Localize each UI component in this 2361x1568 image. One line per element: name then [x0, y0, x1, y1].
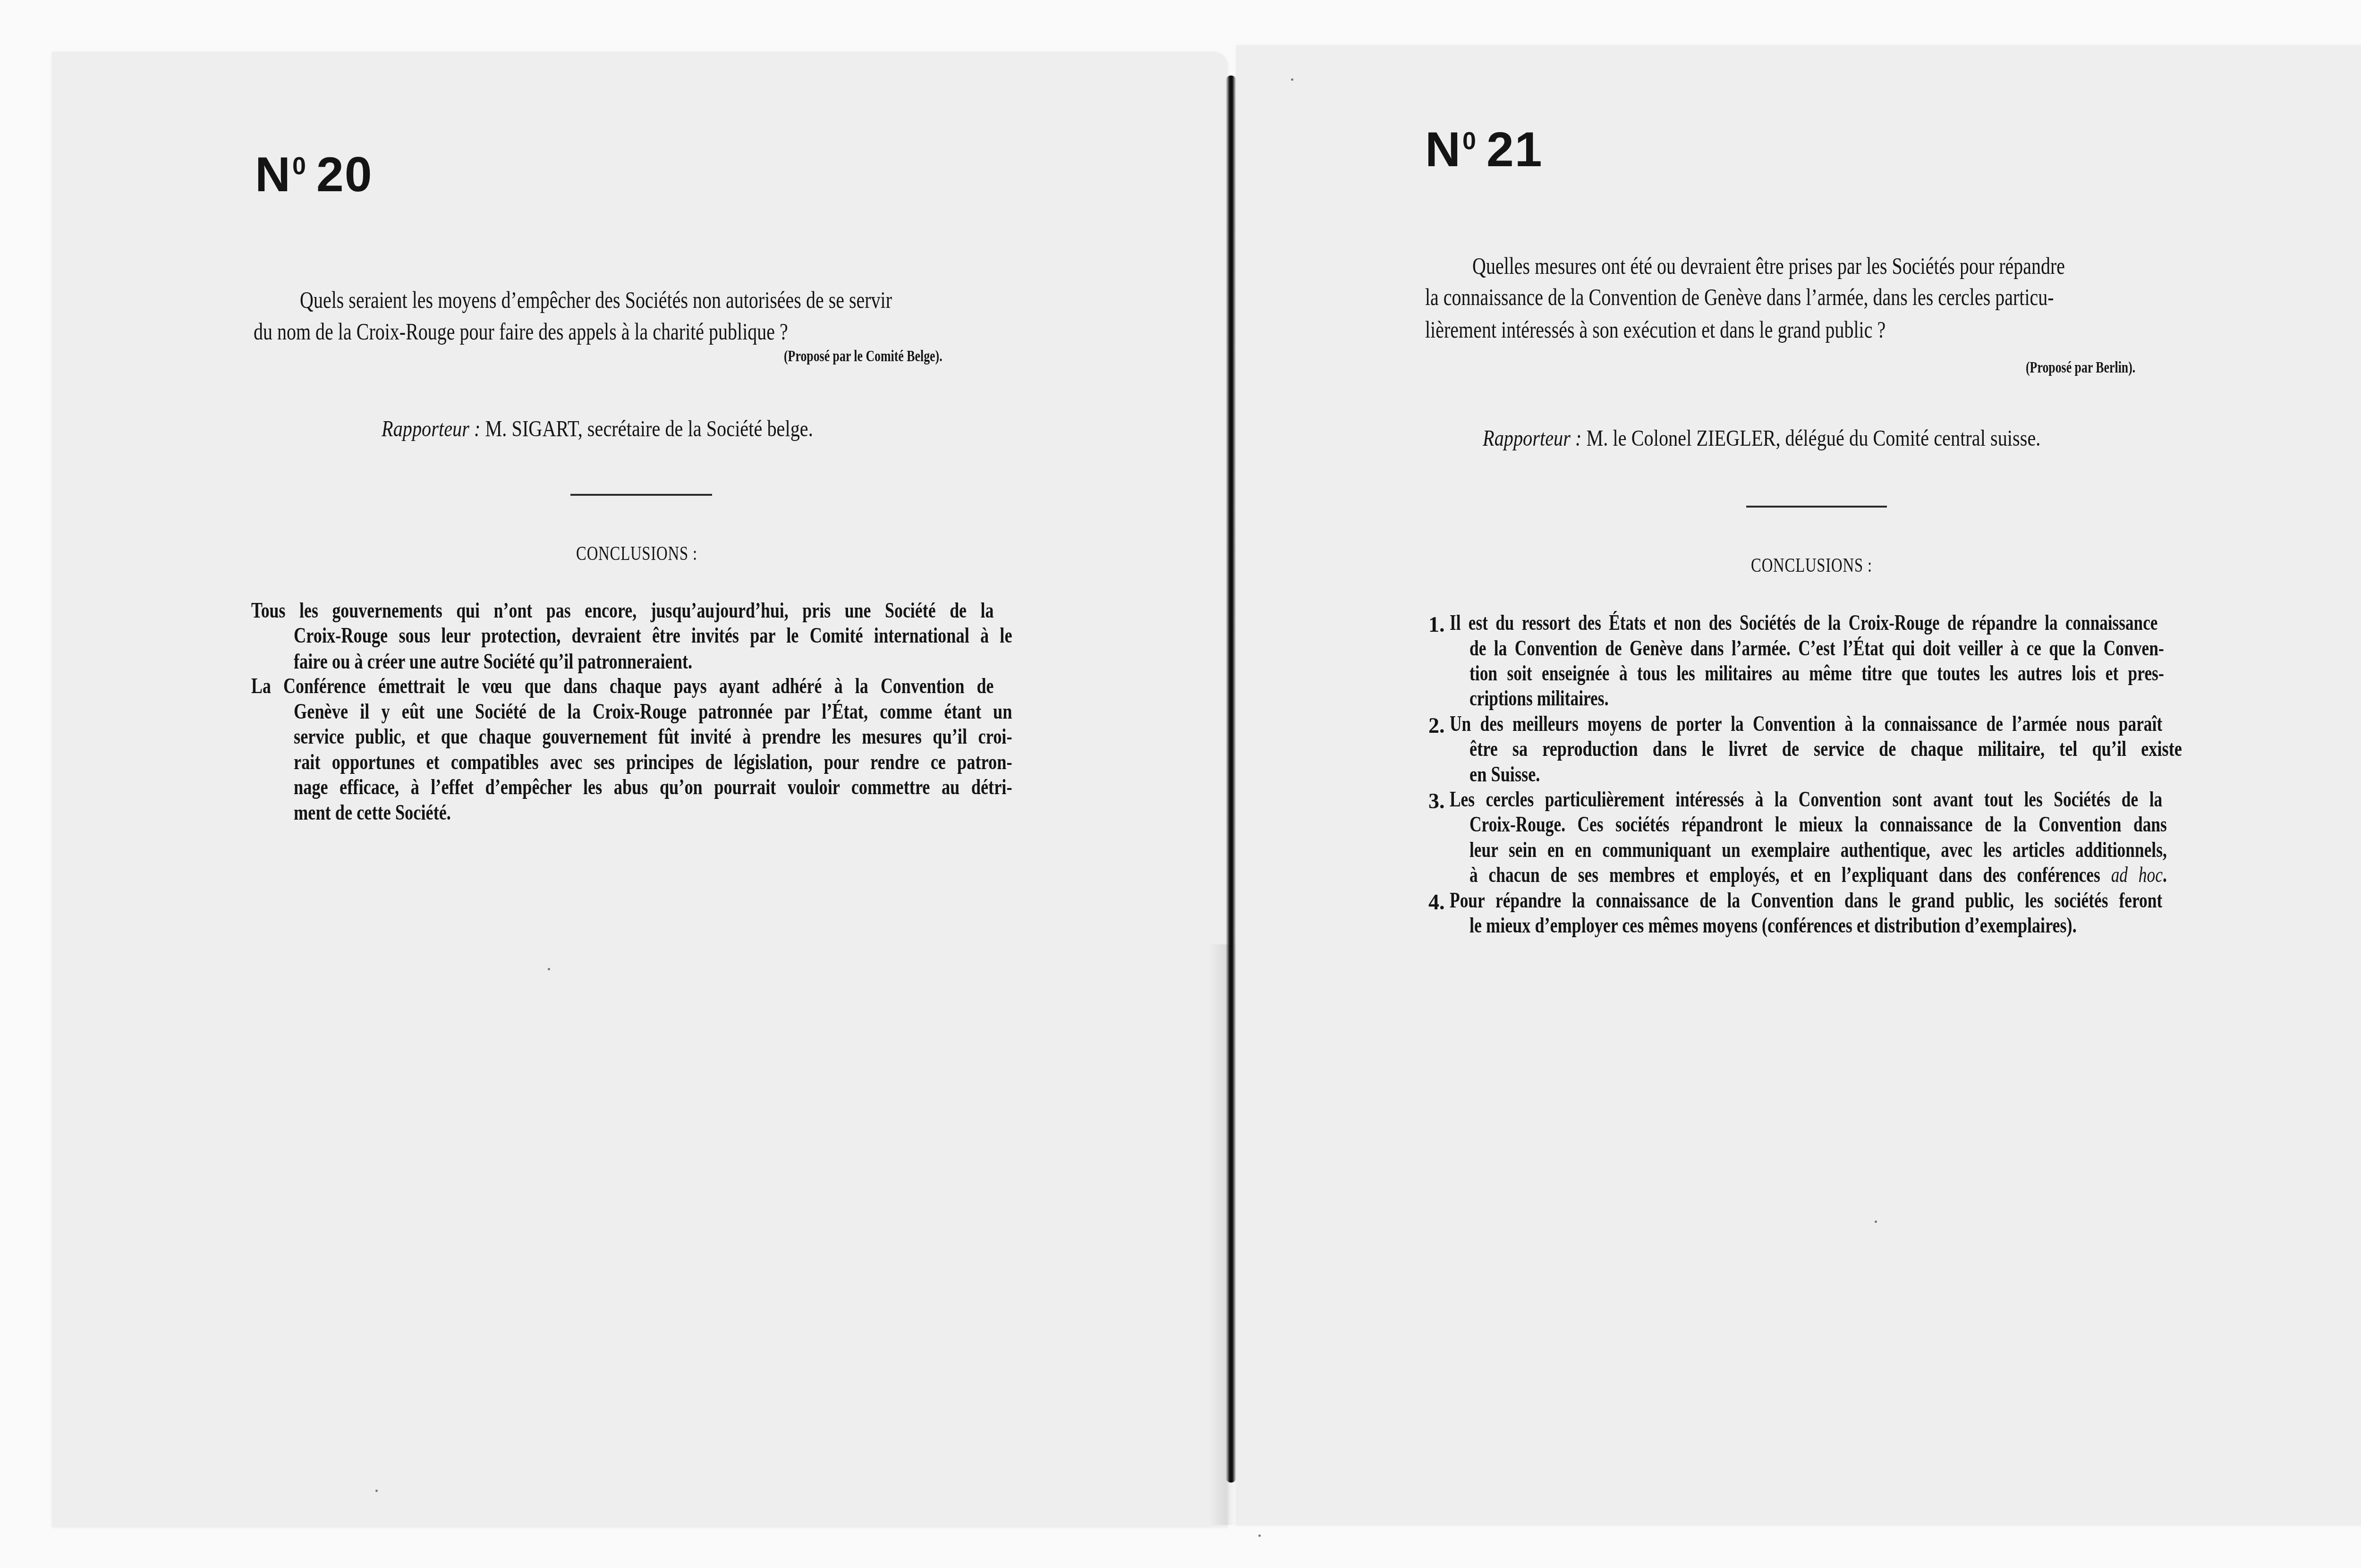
conclusion-line: Genève il y eût une Société de la Croix-… — [294, 701, 1012, 722]
conclusion-line: Pour répandre la connaissance de la Conv… — [1450, 890, 2162, 911]
question-line: du nom de la Croix-Rouge pour faire des … — [254, 320, 788, 343]
conclusion-line: service public, et que chaque gouverneme… — [294, 726, 1012, 747]
conclusions-heading: CONCLUSIONS : — [1751, 556, 1872, 576]
conclusion-line: ment de cette Société. — [294, 802, 451, 823]
rapporteur-text: M. le Colonel ZIEGLER, délégué du Comité… — [1587, 426, 2041, 451]
separator-rule — [1746, 506, 1887, 508]
book-spine — [1226, 76, 1236, 1483]
conclusion-line: faire ou à créer une autre Société qu’il… — [294, 651, 692, 672]
conclusion-line: Croix-Rouge. Ces sociétés répandront le … — [1469, 814, 2167, 835]
item-marker: 2. — [1428, 713, 1445, 738]
conclusion-line: à chacun de ses membres et employés, et … — [1469, 864, 2167, 886]
scan-speck — [548, 968, 550, 970]
question-line: Quels seraient les moyens d’empêcher des… — [300, 288, 892, 312]
item-marker: 1. — [1428, 612, 1445, 637]
item-number: N020 — [255, 150, 373, 199]
scan-speck — [1258, 1534, 1261, 1537]
conclusion-line: tion soit enseignée à tous les militaire… — [1469, 662, 2164, 684]
conclusion-line: de la Convention de Genève dans l’armée.… — [1469, 637, 2164, 659]
conclusion-line: en Suisse. — [1469, 763, 1540, 785]
conclusion-line: Les cercles particulièrement intéressés … — [1450, 788, 2162, 810]
question-line: lièrement intéressés à son exécution et … — [1425, 318, 1885, 341]
rapporteur-label: Rapporteur : — [382, 416, 480, 441]
conclusion-line: leur sein en en communiquant un exemplai… — [1469, 839, 2167, 861]
conclusion-line: La Conférence émettrait le vœu que dans … — [251, 675, 994, 697]
scan-speck — [375, 1490, 378, 1492]
conclusion-line: le mieux d’employer ces mêmes moyens (co… — [1469, 915, 2077, 936]
conclusion-line: Un des meilleurs moyens de porter la Con… — [1450, 713, 2162, 735]
rapporteur-label: Rapporteur : — [1483, 426, 1581, 451]
item-marker: 4. — [1428, 890, 1445, 915]
proposed-by: (Proposé par Berlin). — [2026, 360, 2135, 376]
conclusion-line: criptions militaires. — [1469, 687, 1608, 709]
conclusion-line: Il est du ressort des États et non des S… — [1450, 612, 2157, 634]
conclusion-line: nage efficace, à l’effet d’empêcher les … — [294, 776, 1012, 798]
conclusion-line: rait opportunes et compatibles avec ses … — [294, 751, 1012, 773]
scan-speck — [1875, 1220, 1877, 1223]
rapporteur-text: M. SIGART, secrétaire de la Société belg… — [485, 416, 813, 441]
proposed-by: (Proposé par le Comité Belge). — [784, 348, 943, 364]
rapporteur-line: Rapporteur : M. le Colonel ZIEGLER, délé… — [1483, 427, 2040, 450]
conclusion-line: être sa reproduction dans le livret de s… — [1469, 738, 2182, 760]
latin-phrase: ad hoc — [2111, 863, 2163, 887]
scan-speck — [1291, 78, 1293, 81]
question-line: la connaissance de la Convention de Genè… — [1425, 285, 2054, 309]
item-marker: 3. — [1428, 788, 1445, 814]
item-number: N021 — [1425, 125, 1543, 174]
question-line: Quelles mesures ont été ou devraient êtr… — [1472, 254, 2065, 278]
separator-rule — [570, 494, 712, 496]
conclusion-line: Croix-Rouge sous leur protection, devrai… — [294, 625, 1012, 646]
conclusion-line: Tous les gouvernements qui n’ont pas enc… — [251, 600, 994, 621]
rapporteur-line: Rapporteur : M. SIGART, secrétaire de la… — [382, 418, 813, 441]
conclusions-heading: CONCLUSIONS : — [576, 544, 697, 564]
